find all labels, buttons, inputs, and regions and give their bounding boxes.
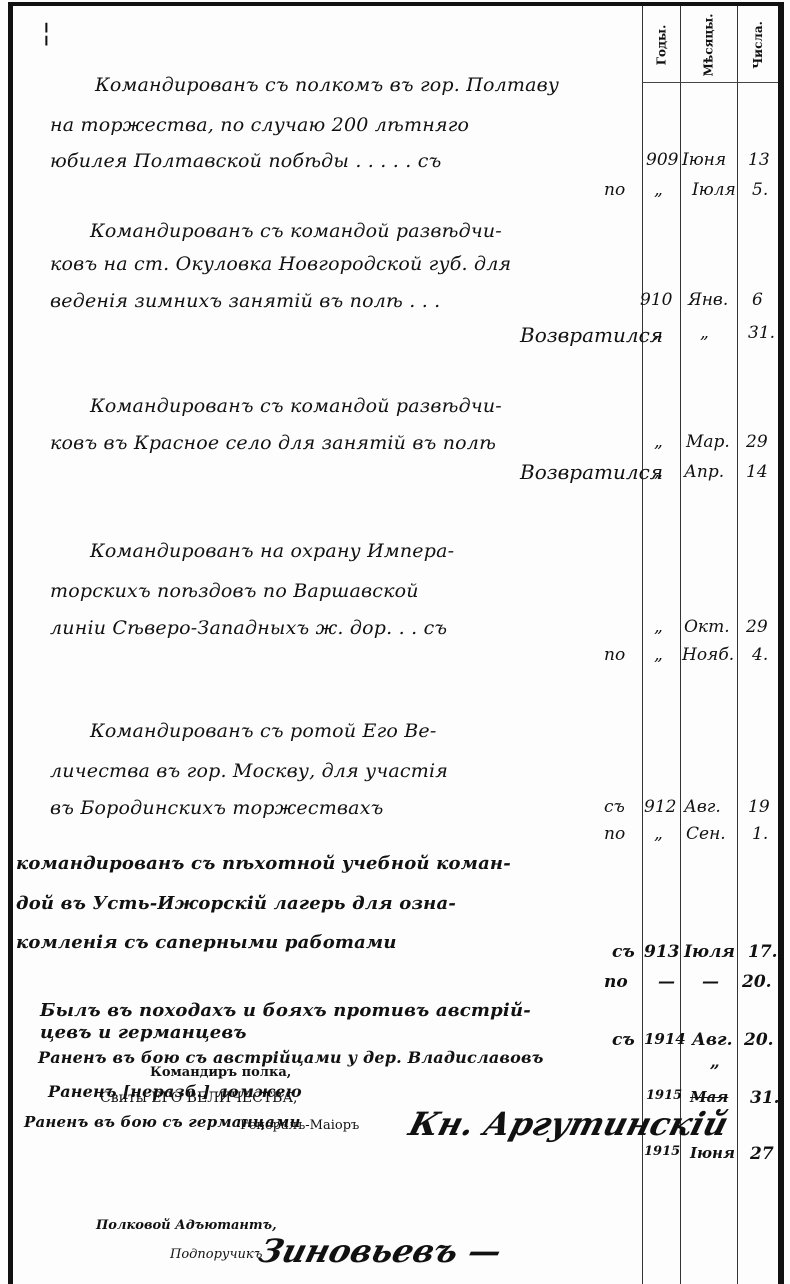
column-divider-days: [737, 6, 738, 1284]
entry-5-prefix-from: съ: [604, 797, 625, 817]
entry-2-returned-label: Возвратился: [520, 323, 663, 347]
entry-4-month-from: Окт.: [684, 617, 730, 637]
entry-3-line-2: ковъ въ Красное село для занятій въ полѣ: [50, 432, 496, 454]
entry-5-line-1: Командированъ съ ротой Его Ве-: [90, 720, 436, 742]
column-divider-years: [642, 6, 643, 1284]
entry-6-line-1: командированъ съ пѣхотной учебной коман-: [16, 853, 511, 874]
service-record-page: Годы. Мѣсяцы. Числа. ¦ Командированъ съ …: [0, 0, 790, 1284]
entry-5-month-to: Сен.: [686, 824, 726, 844]
entry-4-line-1: Командированъ на охрану Импера-: [90, 540, 454, 562]
entry-7-year-from: 1914: [644, 1030, 686, 1048]
commander-signature: Кн. Аргутинскій: [405, 1105, 732, 1143]
entry-2-line-2: ковъ на ст. Окуловка Новгородской губ. д…: [50, 253, 511, 275]
entry-1-line-2: на торжества, по случаю 200 лѣтняго: [50, 114, 469, 136]
wound-2-month: Мая: [690, 1088, 728, 1106]
header-months: Мѣсяцы.: [688, 12, 728, 78]
header-years: Годы.: [641, 12, 681, 78]
entry-2-month-to: „: [700, 323, 709, 343]
entry-7-month-from: Авг.: [692, 1030, 733, 1050]
entry-4-month-to: Нояб.: [682, 645, 734, 665]
entry-4-prefix-to: по: [604, 645, 625, 665]
entry-5-month-from: Авг.: [684, 797, 721, 817]
entry-2-line-3: веденія зимнихъ занятій въ полѣ . . .: [50, 290, 440, 312]
entry-7-prefix-from: съ: [612, 1030, 635, 1050]
entry-6-day-from: 17.: [748, 942, 778, 962]
entry-6-prefix-from: съ: [612, 942, 635, 962]
entry-1-line-3: юбилея Полтавской побѣды . . . . . съ: [50, 150, 441, 172]
wound-2-day: 31.: [750, 1088, 780, 1108]
entry-6-day-to: 20.: [742, 972, 772, 992]
header-days: Числа.: [738, 12, 778, 78]
page-border-top: [8, 2, 783, 6]
entry-6-year-from: 913: [644, 942, 680, 962]
entry-1-line-1: Командированъ съ полкомъ въ гор. Полтаву: [95, 74, 559, 96]
entry-1-day-to: 5.: [752, 180, 768, 200]
entry-5-line-2: личества въ гор. Москву, для участія: [50, 760, 448, 782]
entry-3-year-to: „: [654, 462, 663, 482]
wound-3-month: Iюня: [690, 1144, 735, 1162]
wound-3-day: 27: [750, 1144, 774, 1164]
entry-3-line-1: Командированъ съ командой развѣдчи-: [90, 395, 502, 417]
entry-1-day-from: 13: [748, 150, 770, 170]
commander-title-3: Генералъ-Маіоръ: [240, 1118, 359, 1133]
page-border-left: [8, 2, 13, 1284]
commander-title-2: Свиты ЕГО ВЕЛИЧЕСТВА,: [100, 1090, 298, 1106]
wound-3-year: 1915: [644, 1144, 680, 1159]
entry-2-year-from: 910: [640, 290, 672, 310]
entry-1-prefix-to: по: [604, 180, 625, 200]
adjutant-title-1: Полковой Адъютантъ,: [96, 1218, 277, 1233]
entry-6-line-2: дой въ Усть-Ижорскій лагерь для озна-: [16, 893, 456, 914]
entry-5-day-to: 1.: [752, 824, 768, 844]
entry-3-returned-label: Возвратился: [520, 460, 663, 484]
entry-5-prefix-to: по: [604, 824, 625, 844]
wound-1-year: „: [710, 1052, 720, 1072]
entry-1-month-from: Iюня: [682, 150, 726, 170]
entry-3-month-to: Апр.: [684, 462, 724, 482]
ink-mark: ¦: [42, 18, 51, 48]
entry-3-day-from: 29: [746, 432, 768, 452]
adjutant-title-2: Подпоручикъ: [170, 1247, 262, 1262]
entry-2-day-from: 6: [752, 290, 763, 310]
entry-2-month-from: Янв.: [688, 290, 728, 310]
entry-2-year-to: „: [654, 323, 663, 343]
entry-3-day-to: 14: [746, 462, 768, 482]
entry-4-line-2: торскихъ поѣздовъ по Варшавской: [50, 580, 419, 602]
entry-5-line-3: въ Бородинскихъ торжествахъ: [50, 797, 383, 819]
entry-4-year-from: „: [654, 617, 663, 637]
entry-2-line-1: Командированъ съ командой развѣдчи-: [90, 220, 502, 242]
entry-3-month-from: Мар.: [686, 432, 730, 452]
entry-5-year-to: „: [654, 824, 663, 844]
entry-1-month-to: Iюля: [692, 180, 736, 200]
entry-4-line-3: линіи Сѣверо-Западныхъ ж. дор. . . съ: [50, 617, 447, 639]
entry-1-year-from: 909: [646, 150, 678, 170]
entry-7-line-1: Былъ въ походахъ и бояхъ противъ австрій…: [40, 1000, 531, 1021]
entry-1-year-to: „: [654, 180, 663, 200]
entry-5-year-from: 912: [644, 797, 676, 817]
entry-3-year-from: „: [654, 432, 663, 452]
commander-title-1: Командиръ полка,: [150, 1065, 291, 1080]
entry-6-year-to: —: [658, 972, 675, 992]
entry-6-line-3: комленія съ саперными работами: [16, 932, 397, 953]
entry-4-day-from: 29: [746, 617, 768, 637]
header-rule: [642, 82, 778, 83]
entry-2-day-to: 31.: [748, 323, 775, 343]
entry-4-day-to: 4.: [752, 645, 768, 665]
entry-7-line-2: цевъ и германцевъ: [40, 1022, 247, 1043]
entry-6-month-to: —: [702, 972, 719, 992]
entry-7-day-from: 20.: [744, 1030, 774, 1050]
entry-4-year-to: „: [654, 645, 663, 665]
entry-5-day-from: 19: [748, 797, 770, 817]
adjutant-signature: Зиновьевъ —: [255, 1232, 506, 1270]
entry-6-month-from: Iюля: [684, 942, 735, 962]
wound-2-year: 1915: [646, 1088, 682, 1103]
entry-6-prefix-to: по: [604, 972, 628, 992]
